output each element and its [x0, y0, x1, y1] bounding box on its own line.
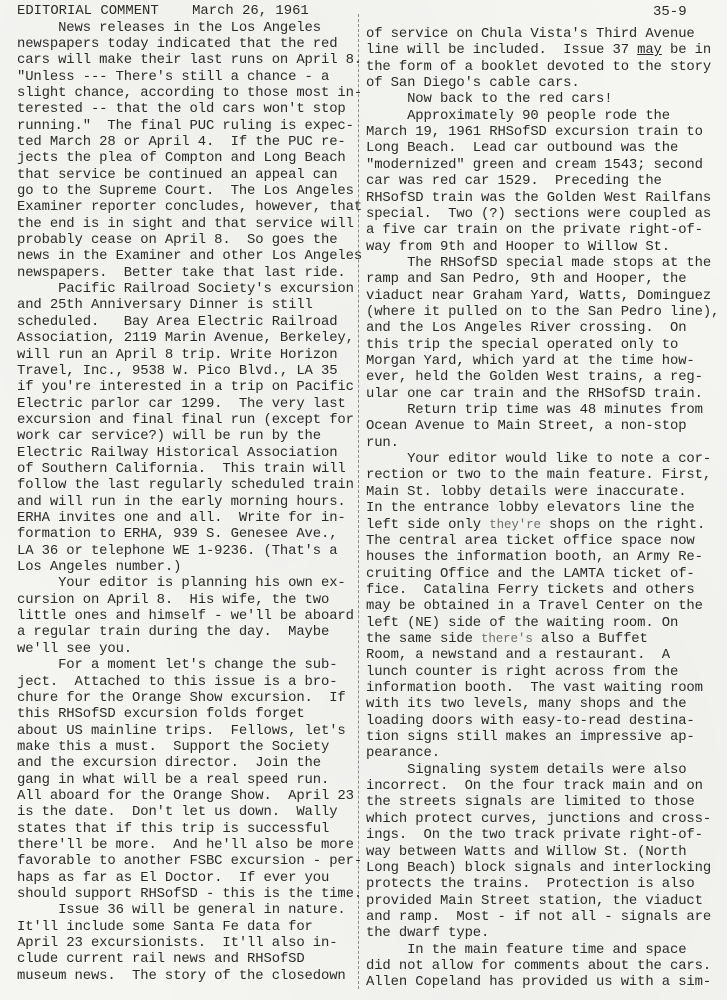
text-line: All aboard for the Orange Show. April 23 [17, 788, 354, 804]
text-line: pearance. [366, 745, 440, 761]
text-line: newspapers. Better take that last ride. [17, 265, 346, 281]
text-line: tion signs still makes an impressive ap- [366, 729, 695, 745]
text-line: should support RHSofSD - this is the tim… [17, 886, 362, 902]
text-line: Signaling system details were also [366, 762, 686, 778]
text-line: clude current rail news and RHSofSD [17, 951, 305, 967]
text-line: ramp and San Pedro, 9th and Hooper, the [366, 271, 686, 287]
text-line: go to the Supreme Court. The Los Angeles [17, 183, 354, 199]
text-line: chure for the Orange Show excursion. If [17, 690, 346, 706]
text-line: Electric Railway Historical Association [17, 445, 337, 461]
text-line: rection or two to the main feature. Firs… [366, 467, 711, 483]
text-line: provided Main Street station, the viaduc… [366, 893, 703, 909]
text-line: LA 36 or telephone WE 1-9236. (That's a [17, 543, 337, 559]
text-line: may be obtained in a Travel Center on th… [366, 598, 703, 614]
text-line: way between Watts and Willow St. (North [366, 844, 686, 860]
text-line: houses the information booth, an Army Re… [366, 549, 703, 565]
text-line: Long Beach) block signals and interlocki… [366, 860, 711, 876]
text-line: if you're interested in a trip on Pacifi… [17, 379, 354, 395]
text-line: News releases in the Los Angeles [17, 20, 321, 36]
text-line: cars will make their last runs on April … [17, 52, 362, 68]
text-line: probably cease on April 8. So goes the [17, 232, 337, 248]
editorial-title: EDITORIAL COMMENT [17, 3, 159, 19]
text-line: Travel, Inc., 9538 W. Pico Blvd., LA 35 [17, 363, 337, 379]
text-line: Your editor would like to note a cor- [366, 451, 711, 467]
text-line: Return trip time was 48 minutes from [366, 402, 703, 418]
text-line: ings. On the two track private right-of- [366, 827, 703, 843]
text-line: haps as far as El Doctor. If ever you [17, 870, 329, 886]
text-line: Pacific Railroad Society's excursion [17, 281, 354, 297]
text-line: excursion and final final run (except fo… [17, 412, 354, 428]
text-line: this trip the special operated only to [366, 337, 678, 353]
text-line: The RHSofSD special made stops at the [366, 255, 711, 271]
text-line: ever, held the Golden West trains, a reg… [366, 369, 703, 385]
text-line: favorable to another FSBC excursion - pe… [17, 853, 362, 869]
text-line: special. Two (?) sections were coupled a… [366, 206, 711, 222]
text-line: of San Diego's cable cars. [366, 75, 580, 91]
text-line: Room, a newstand and a restaurant. A [366, 647, 670, 663]
text-line: there'll be more. And he'll also be more [17, 837, 354, 853]
text-line: Main St. lobby details were inaccurate. [366, 484, 686, 500]
page-number: 35-9 [653, 4, 687, 20]
text-line: "Unless --- There's still a chance - a [17, 69, 329, 85]
text-line: cursion on April 8. His wife, the two [17, 592, 329, 608]
text-line: ular one car train and the RHSofSD train… [366, 386, 703, 402]
text-line: viaduct near Graham Yard, Watts, Domingu… [366, 288, 711, 304]
text-line: protects the trains. Protection is also [366, 876, 695, 892]
text-line: Long Beach. Lead car outbound was the [366, 140, 678, 156]
text-line: and the Los Angeles River crossing. On [366, 320, 686, 336]
text-line: news in the Examiner and other Los Angel… [17, 248, 362, 264]
text-line: cruiting Office and the LAMTA ticket of- [366, 566, 695, 582]
text-line: Now back to the red cars! [366, 91, 612, 107]
text-line: Your editor is planning his own ex- [17, 575, 346, 591]
text-line: a five car train on the private right-of… [366, 222, 703, 238]
text-line: March 19, 1961 RHSofSD excursion train t… [366, 124, 703, 140]
text-line: is the date. Don't let us down. Wally [17, 804, 337, 820]
text-line: ted March 28 or April 4. If the PUC re- [17, 134, 346, 150]
text-line: car was red car 1529. Preceding the [366, 173, 662, 189]
text-line: "modernized" green and cream 1543; secon… [366, 157, 703, 173]
text-line: slight chance, according to those most i… [17, 85, 362, 101]
text-line: will run an April 8 trip. Write Horizon [17, 347, 337, 363]
text-line: the end is in sight and that service wil… [17, 216, 354, 232]
text-line: states that if this trip is successful [17, 821, 329, 837]
text-line: Approximately 90 people rode the [366, 108, 670, 124]
text-line: The central area ticket office space now [366, 533, 695, 549]
text-line: terested -- that the old cars won't stop [17, 101, 346, 117]
text-line: Issue 36 will be general in nature. [17, 902, 346, 918]
text-line: little ones and himself - we'll be aboar… [17, 608, 354, 624]
text-line: with its two levels, many shops and the [366, 696, 686, 712]
text-line: make this a must. Support the Society [17, 739, 329, 755]
text-line: Electric parlor car 1299. The very last [17, 396, 346, 412]
text-line: Allen Copeland has provided us with a si… [366, 974, 711, 990]
text-line: scheduled. Bay Area Electric Railroad [17, 314, 337, 330]
text-line: jects the plea of Compton and Long Beach [17, 150, 346, 166]
text-line: and will run in the early morning hours. [17, 494, 346, 510]
header-date: March 26, 1961 [192, 3, 309, 19]
text-line: the dwarf type. [366, 925, 489, 941]
text-line: In the main feature time and space [366, 942, 686, 958]
text-line: incorrect. On the four track main and on [366, 778, 703, 794]
column-divider [358, 14, 359, 989]
text-line: ject. Attached to this issue is a bro- [17, 674, 337, 690]
text-line: of service on Chula Vista's Third Avenue [366, 26, 695, 42]
text-line: Examiner reporter concludes, however, th… [17, 199, 362, 215]
text-line: In the entrance lobby elevators line the [366, 500, 695, 516]
text-line: gang in what will be a real speed run. [17, 772, 329, 788]
text-line: museum news. The story of the closedown [17, 968, 346, 984]
text-line: and the excursion director. Join the [17, 755, 321, 771]
text-line: loading doors with easy-to-read destina- [366, 713, 695, 729]
text-line: did not allow for comments about the car… [366, 958, 711, 974]
text-line: the streets signals are limited to those [366, 794, 695, 810]
text-line: Morgan Yard, which yard at the time how- [366, 353, 695, 369]
text-line: run. [366, 435, 399, 451]
text-line: of Southern California. This train will [17, 461, 346, 477]
text-line: left side only they're shops on the righ… [366, 517, 705, 533]
text-line: ERHA invites one and all. Write for in- [17, 510, 346, 526]
text-line: we'll see you. [17, 641, 132, 657]
text-line: and ramp. Most - if not all - signals ar… [366, 909, 711, 925]
text-line: RHSofSD train was the Golden West Railfa… [366, 190, 711, 206]
text-line: lunch counter is right across from the [366, 664, 678, 680]
text-line: April 23 excursionists. It'll also in- [17, 935, 337, 951]
text-line: that service be continued an appeal can [17, 167, 337, 183]
text-line: newspapers today indicated that the red [17, 36, 337, 52]
text-line: information booth. The vast waiting room [366, 680, 703, 696]
text-line: the form of a booklet devoted to the sto… [366, 59, 711, 75]
text-line: which protect curves, junctions and cros… [366, 811, 711, 827]
text-line: Los Angeles number.) [17, 559, 181, 575]
text-line: For a moment let's change the sub- [17, 657, 337, 673]
text-line: (where it pulled on to the San Pedro lin… [366, 304, 719, 320]
text-line: a regular train during the day. Maybe [17, 624, 329, 640]
text-line: work car service?) will be run by the [17, 428, 321, 444]
text-line: Ocean Avenue to Main Street, a non-stop [366, 418, 686, 434]
document-page: EDITORIAL COMMENT March 26, 1961 35-9 Ne… [0, 0, 727, 1000]
text-line: left (NE) side of the waiting room. On [366, 615, 678, 631]
text-line: It'll include some Santa Fe data for [17, 919, 313, 935]
page-header: EDITORIAL COMMENT March 26, 1961 [17, 3, 309, 19]
text-line: the same side there's also a Buffet [366, 631, 648, 647]
text-line: running." The final PUC ruling is expec- [17, 118, 354, 134]
text-line: Association, 2119 Marin Avenue, Berkeley… [17, 330, 354, 346]
text-line: way from 9th and Hooper to Willow St. [366, 239, 670, 255]
text-line: formation to ERHA, 939 S. Genesee Ave., [17, 526, 337, 542]
text-line: and 25th Anniversary Dinner is still [17, 297, 313, 313]
text-line: line will be included. Issue 37 may be i… [366, 42, 711, 58]
text-line: this RHSofSD excursion folds forget [17, 706, 305, 722]
text-line: about US mainline trips. Fellows, let's [17, 723, 346, 739]
text-line: fice. Catalina Ferry tickets and others [366, 582, 695, 598]
text-line: follow the last regularly scheduled trai… [17, 477, 354, 493]
